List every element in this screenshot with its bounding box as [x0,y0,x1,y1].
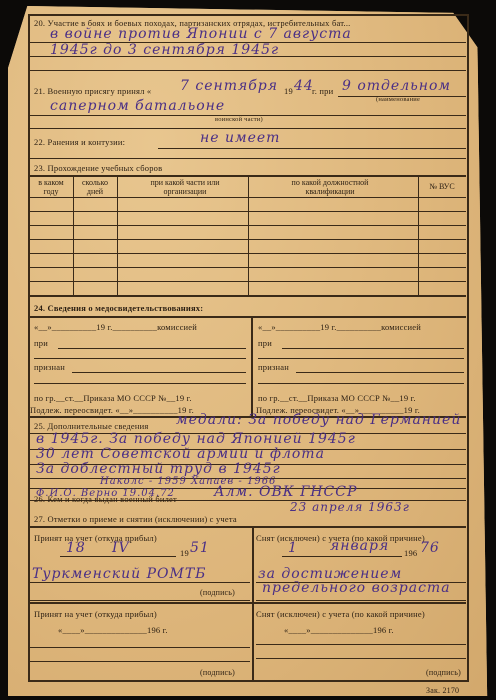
fill-line [258,358,464,359]
s24-right-pri: при [258,338,272,348]
divider [30,158,466,159]
fill-line [256,600,466,601]
fill-line [30,582,250,583]
s21-unit-handwriting-2: саперном батальоне [50,98,225,114]
s25-handwriting-4: За доблестный труд в 1945г [36,461,281,477]
s21-date-handwriting: 7 сентября [180,78,278,94]
b1-accepted-year-prefix: 19 [180,548,189,558]
s24-label: 24. Сведения о медосвидетельствованиях: [34,303,203,313]
s25-handwriting-1: медали: За победу над Германией [176,412,461,428]
s21-hint-2: воинской части) [215,116,263,123]
fill-line [30,661,250,662]
col-days: сколько дней [73,178,117,196]
b1-accepted-label: Принят на учет (откуда прибыл) [34,533,157,543]
s21-label: 21. Военную присягу принял « [34,86,151,96]
s26-date-handwriting: 23 апреля 1963г [290,500,410,514]
b2-accepted-date: «____»______________196 г. [58,625,168,635]
b2-removed-date: «____»______________196 г. [284,625,394,635]
s24-left-recheck: Подлеж. переосвидет. «__»__________19 г. [30,405,194,415]
s24-right-order: по гр.__ст.__Приказа МО СССР №__19 г. [258,393,416,403]
fill-line [258,383,464,384]
col-year: в каком году [30,178,72,196]
fill-line [72,372,246,373]
col-vus: № ВУС [420,182,464,191]
fill-line [30,647,250,648]
s24-split [251,316,253,416]
col-divider [73,175,74,295]
s21-year-handwriting: 44 [294,78,314,94]
s23-label: 23. Прохождение учебных сборов [34,163,162,173]
b2-accepted-label: Принят на учет (откуда прибыл) [34,609,157,619]
s22-label: 22. Ранения и контузии: [34,137,125,147]
fill-line [60,556,176,557]
b1-removed-year: 76 [420,540,440,556]
divider [30,526,466,528]
b1-removed-reason-2: предельного возраста [262,580,451,596]
s26-label: 26. Кем и когда выдан военный билет [34,494,177,504]
s25-handwriting-3: 30 лет Советской армии и флота [36,446,325,462]
b2-signature-label-2: (подпись) [426,668,461,677]
b2-removed-label: Снят (исключен) с учета (по какой причин… [256,609,425,619]
b1-accepted-place: Туркменский РОМТБ [32,566,206,582]
s21-hint-1: (наименование [376,96,420,103]
s21-unit-handwriting-1: 9 отдельном [342,78,451,94]
divider [30,70,466,71]
divider [30,602,466,604]
fill-line [256,644,466,645]
b1-accepted-day: 18 [66,540,86,556]
b1-removed-day: 1 [288,540,298,556]
s24-right-date: «__»__________19 г.__________комиссией [258,322,421,332]
divider [158,148,466,149]
fill-line [58,348,246,349]
b1-removed-year-prefix: 196 [404,548,417,558]
s21-year-prefix: 19 [284,86,293,96]
order-number: Зак. 2170 [426,686,459,695]
b1-removed-month: января [330,538,389,554]
s21-at: г. при [312,86,333,96]
b1-accepted-month: IV [112,540,130,556]
fill-line [30,600,250,601]
s24-left-priznan: признан [34,362,65,372]
s27-label: 27. Отметки о приеме и снятии (исключени… [34,514,237,524]
b2-signature-label: (подпись) [200,668,235,677]
divider [30,56,466,57]
fill-line [256,658,466,659]
s22-handwriting: не имеет [200,130,280,146]
fill-line [282,556,402,557]
divider [30,316,466,318]
s24-left-date: «__»__________19 г.__________комиссией [34,322,197,332]
fill-line [282,348,464,349]
s25-handwriting-2: в 1945г. За победу над Японией 1945г [36,431,356,447]
s24-left-pri: при [34,338,48,348]
s20-handwriting-1: в войне против Японии с 7 августа [50,26,352,42]
fill-line [34,358,246,359]
fill-line [34,383,246,384]
s25-label: 25. Дополнительные сведения [34,421,149,431]
divider [30,128,466,129]
b1-accepted-year: 51 [190,540,210,556]
fill-line [296,372,464,373]
col-divider [418,175,419,295]
s24-left-order: по гр.__ст.__Приказа МО СССР №__19 г. [34,393,192,403]
col-divider [248,175,249,295]
col-qualification: по какой должностной квалификации [270,178,390,196]
col-unit: при какой части или организации [140,178,230,196]
s26-handwriting: Алм. ОВК ГНССР [214,484,357,500]
s24-right-priznan: признан [258,362,289,372]
table-bottom [30,295,466,297]
col-divider [117,175,118,295]
b1-signature-label: (подпись) [200,588,235,597]
